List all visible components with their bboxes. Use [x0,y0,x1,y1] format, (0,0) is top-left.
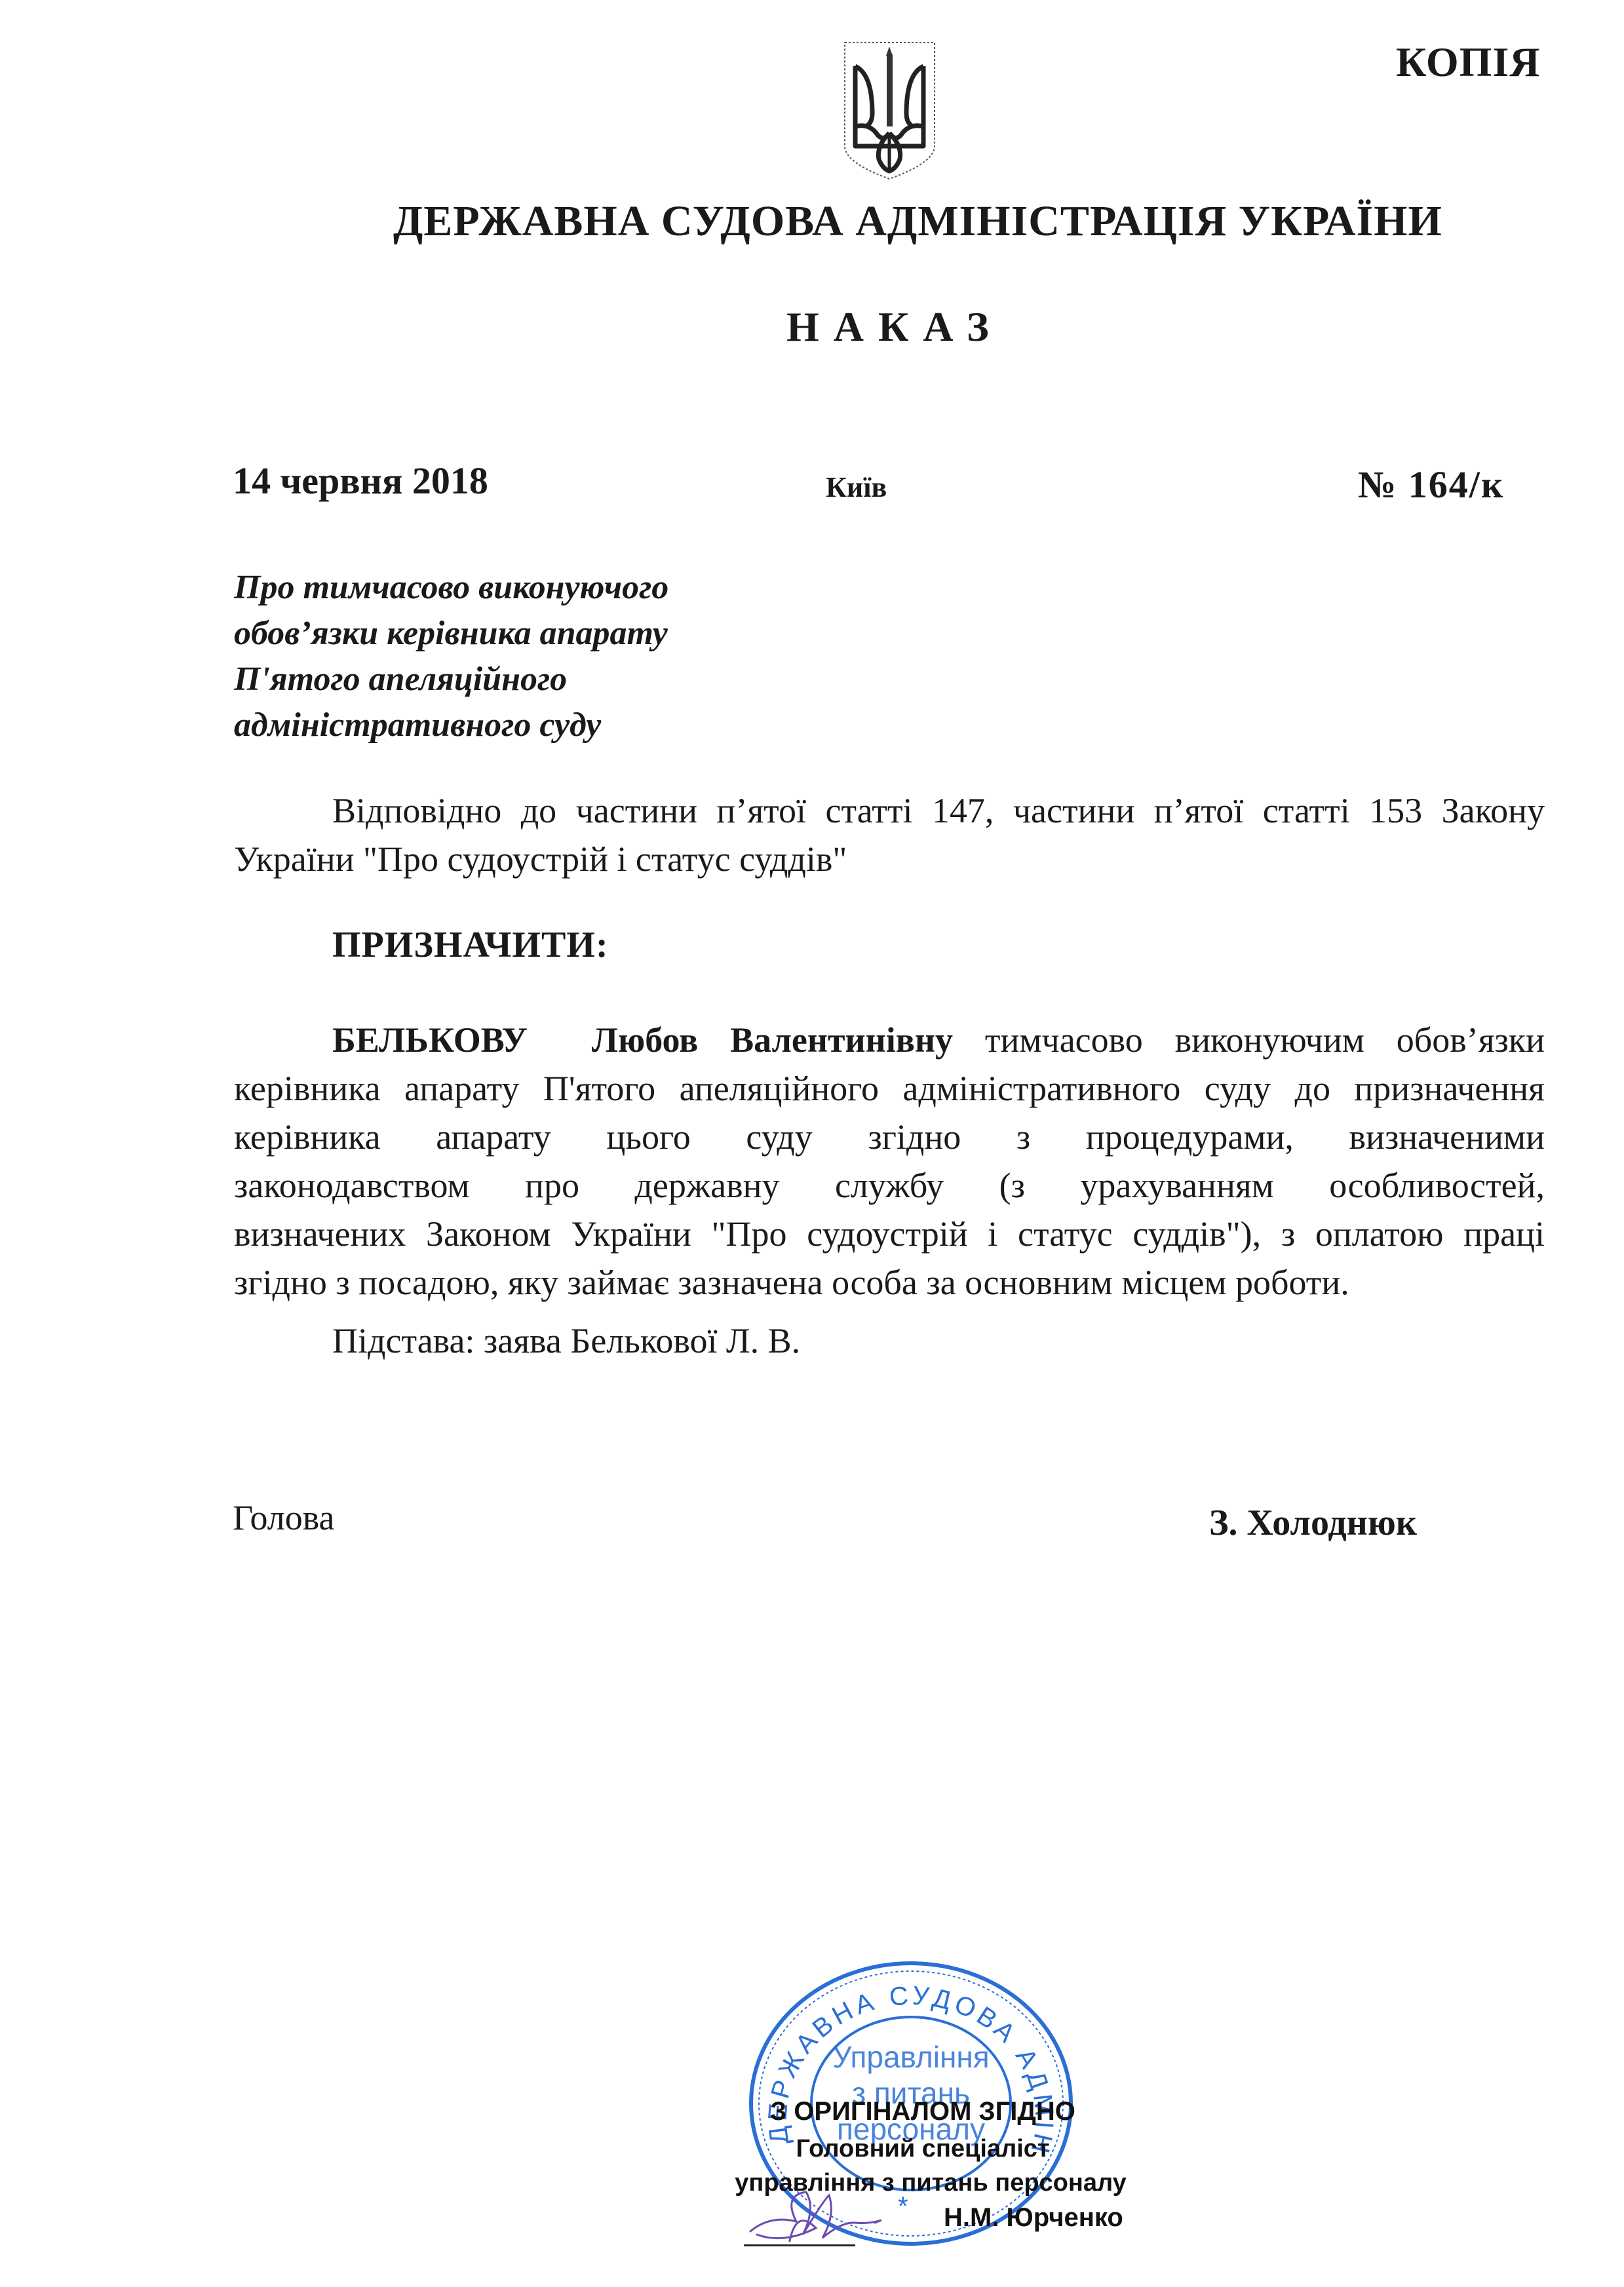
appointment-text: тимчасово виконуючим обов’язки [985,1020,1545,1060]
paragraph-line: законодавством про державну службу (з ур… [234,1161,1545,1210]
paragraph-line: визначених Законом України "Про судоустр… [234,1210,1545,1258]
svg-text:Управління: Управління [832,2040,989,2074]
ukraine-trident-icon [842,41,937,180]
paragraph-line: згідно з посадою, яку займає зазначена о… [234,1258,1545,1307]
document-type-heading: НАКАЗ [786,303,996,351]
document-subject: Про тимчасово виконуючого обов’язки кері… [234,565,668,748]
signer-name: З. Холоднюк [1209,1502,1417,1544]
signature-line [744,2244,855,2246]
signer-title: Голова [233,1497,334,1538]
organization-title: ДЕРЖАВНА СУДОВА АДМІНІСТРАЦІЯ УКРАЇНИ [393,197,1389,246]
subject-line: адміністративного суду [234,702,668,748]
document-number: № 164/к [1358,463,1504,507]
basis-note: Підстава: заява Белькової Л. В. [332,1320,800,1361]
document-date: 14 червня 2018 [233,459,488,503]
paragraph-line: БЕЛЬКОВУ Любов Валентинівну тимчасово ви… [234,1016,1545,1064]
certification-position: Головний спеціаліст [759,2135,1087,2163]
appointee-surname: БЕЛЬКОВУ [332,1020,528,1060]
paragraph-line: України "Про судоустрій і статус суддів" [234,835,1545,883]
document-city: Київ [826,471,887,504]
paragraph-line: керівника апарату П'ятого апеляційного а… [234,1064,1545,1113]
order-paragraph: БЕЛЬКОВУ Любов Валентинівну тимчасово ви… [234,1016,1545,1307]
copy-mark: КОПІЯ [1396,38,1541,86]
certifier-name: Н.М. Юрченко [944,2203,1123,2233]
order-directive: ПРИЗНАЧИТИ: [332,924,609,966]
legal-basis-paragraph: Відповідно до частини п’ятої статті 147,… [234,786,1545,883]
subject-line: обов’язки керівника апарату [234,611,668,657]
handwritten-signature-icon [744,2182,895,2254]
appointee-given-name: Любов Валентинівну [592,1020,953,1060]
paragraph-line: керівника апарату цього суду згідно з пр… [234,1113,1545,1161]
subject-line: Про тимчасово виконуючого [234,565,668,611]
subject-line: П'ятого апеляційного [234,657,668,702]
paragraph-line: Відповідно до частини п’ятої статті 147,… [234,786,1545,835]
certification-line: З ОРИГІНАЛОМ ЗГІДНО [759,2097,1087,2126]
